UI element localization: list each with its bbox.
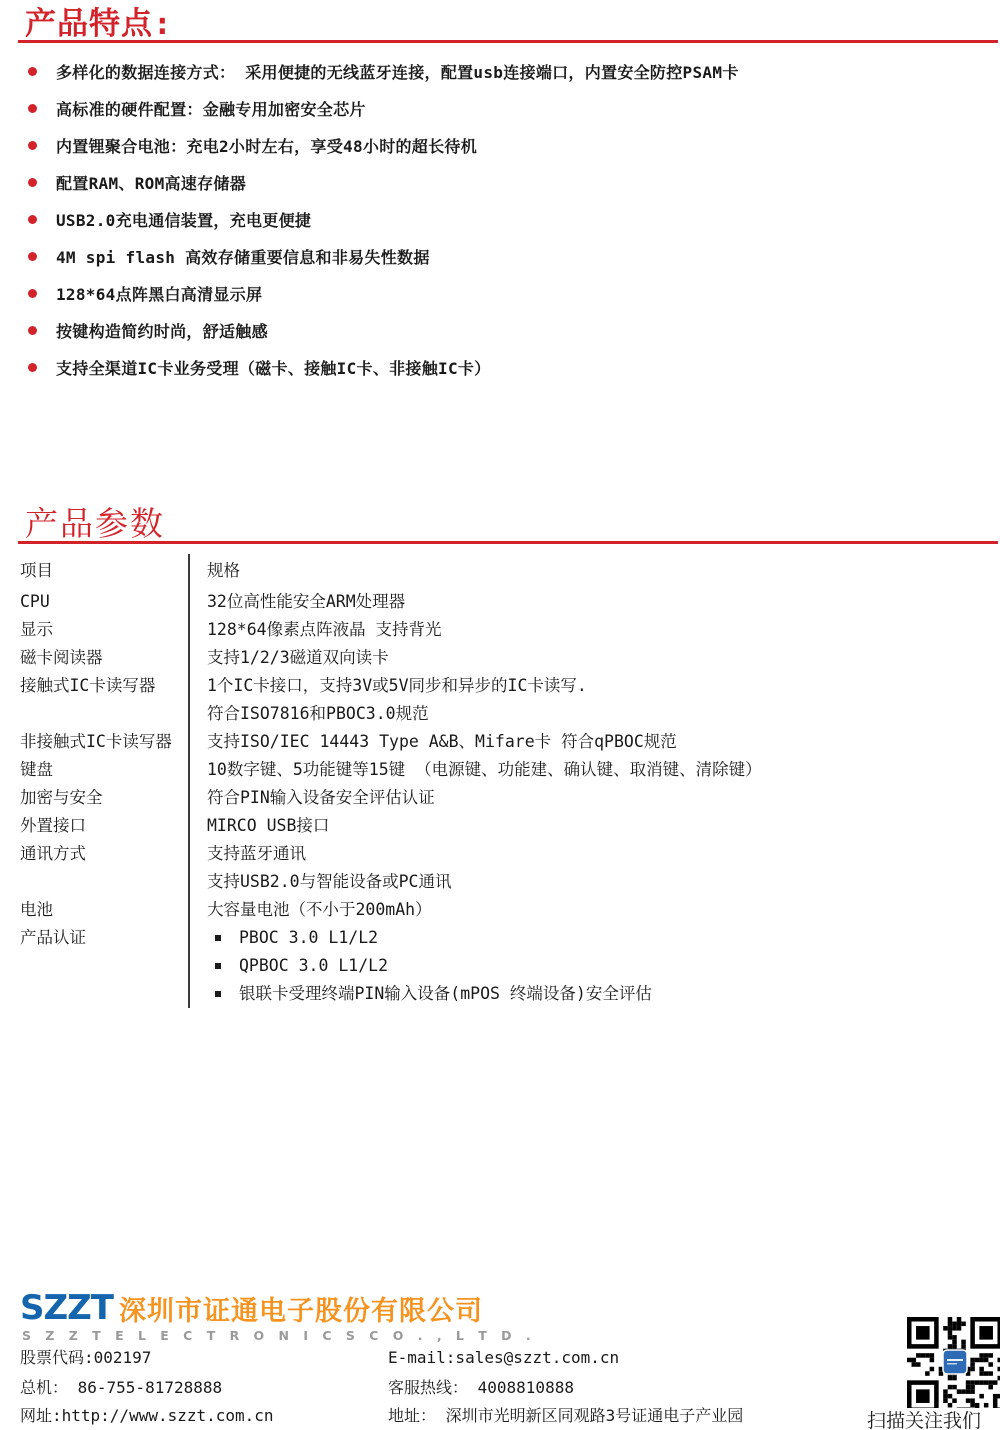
param-spec-text: 符合PIN输入设备安全评估认证 xyxy=(207,788,435,807)
bullet-icon xyxy=(28,67,37,76)
feature-text: 128*64点阵黑白高清显示屏 xyxy=(56,282,262,305)
feature-text: 高标准的硬件配置：金融专用加密安全芯片 xyxy=(56,97,366,120)
param-spec-line: 支持1/2/3磁道双向读卡 xyxy=(207,644,1000,672)
param-label: 接触式IC卡读写器 xyxy=(0,672,190,728)
company-logo: SZZT 深圳市证通电子股份有限公司 xyxy=(20,1292,483,1324)
feature-text: 多样化的数据连接方式： 采用便捷的无线蓝牙连接，配置usb连接端口，内置安全防控… xyxy=(56,60,739,83)
bullet-icon xyxy=(28,215,37,224)
param-spec-text: MIRCO USB接口 xyxy=(207,816,329,835)
param-spec-text: 32位高性能安全ARM处理器 xyxy=(207,592,405,611)
table-row: 外置接口MIRCO USB接口 xyxy=(0,812,1000,840)
param-spec-text: 128*64像素点阵液晶 支持背光 xyxy=(207,620,442,639)
param-spec-text: 符合ISO7816和PBOC3.0规范 xyxy=(207,704,429,723)
param-label: 非接触式IC卡读写器 xyxy=(0,728,190,756)
feature-item: USB2.0充电通信装置，充电更便捷 xyxy=(28,201,978,238)
param-spec-text: 银联卡受理终端PIN输入设备(mPOS 终端设备)安全评估 xyxy=(239,984,652,1003)
param-spec-line: 支持USB2.0与智能设备或PC通讯 xyxy=(207,868,1000,896)
feature-item: 内置锂聚合电池：充电2小时左右，享受48小时的超长待机 xyxy=(28,127,978,164)
website-url[interactable]: 网址:http://www.szzt.com.cn xyxy=(20,1404,274,1428)
param-label: 显示 xyxy=(0,616,190,644)
company-address: 地址： 深圳市光明新区同观路3号证通电子产业园 xyxy=(388,1404,743,1428)
param-label: 键盘 xyxy=(0,756,190,784)
email-address[interactable]: E-mail:sales@szzt.com.cn xyxy=(388,1346,619,1370)
feature-text: 支持全渠道IC卡业务受理（磁卡、接触IC卡、非接触IC卡） xyxy=(56,356,491,379)
param-label: 加密与安全 xyxy=(0,784,190,812)
table-row: 电池大容量电池（不小于200mAh） xyxy=(0,896,1000,924)
stock-code: 股票代码:002197 xyxy=(20,1346,151,1370)
table-row: 磁卡阅读器支持1/2/3磁道双向读卡 xyxy=(0,644,1000,672)
feature-text: 内置锂聚合电池：充电2小时左右，享受48小时的超长待机 xyxy=(56,134,477,157)
param-spec-line: 32位高性能安全ARM处理器 xyxy=(207,588,1000,616)
feature-item: 按键构造简约时尚，舒适触感 xyxy=(28,312,978,349)
param-label: 产品认证 xyxy=(0,924,190,1008)
parameters-divider xyxy=(18,541,998,544)
header-item-cell: 项目 xyxy=(0,554,190,588)
feature-text: USB2.0充电通信装置，充电更便捷 xyxy=(56,208,311,231)
param-spec-line: PBOC 3.0 L1/L2 xyxy=(207,924,1000,952)
table-row: 非接触式IC卡读写器支持ISO/IEC 14443 Type A&B、Mifar… xyxy=(0,728,1000,756)
features-title: 产品特点: xyxy=(25,0,173,43)
table-header-row: 项目 规格 xyxy=(0,554,1000,588)
square-bullet-icon xyxy=(215,963,221,969)
feature-item: 高标准的硬件配置：金融专用加密安全芯片 xyxy=(28,90,978,127)
feature-text: 4M spi flash 高效存储重要信息和非易失性数据 xyxy=(56,245,430,268)
param-spec-line: QPBOC 3.0 L1/L2 xyxy=(207,952,1000,980)
param-spec-text: QPBOC 3.0 L1/L2 xyxy=(239,956,388,975)
table-row: 键盘10数字键、5功能键等15键 （电源键、功能建、确认键、取消键、清除键） xyxy=(0,756,1000,784)
parameters-table: 项目 规格 CPU32位高性能安全ARM处理器显示128*64像素点阵液晶 支持… xyxy=(0,554,1000,1008)
square-bullet-icon xyxy=(215,935,221,941)
feature-item: 配置RAM、ROM高速存储器 xyxy=(28,164,978,201)
param-spec-line: 128*64像素点阵液晶 支持背光 xyxy=(207,616,1000,644)
hotline-number: 客服热线： 4008810888 xyxy=(388,1376,574,1400)
bullet-icon xyxy=(28,252,37,261)
param-label: 通讯方式 xyxy=(0,840,190,896)
table-row: 通讯方式支持蓝牙通讯支持USB2.0与智能设备或PC通讯 xyxy=(0,840,1000,896)
bullet-icon xyxy=(28,289,37,298)
qr-code xyxy=(907,1317,1000,1408)
table-row: 加密与安全符合PIN输入设备安全评估认证 xyxy=(0,784,1000,812)
bullet-icon xyxy=(28,178,37,187)
param-label: CPU xyxy=(0,588,190,616)
company-name-cn: 深圳市证通电子股份有限公司 xyxy=(119,1289,483,1328)
table-row: 产品认证PBOC 3.0 L1/L2QPBOC 3.0 L1/L2银联卡受理终端… xyxy=(0,924,1000,1008)
param-spec-text: 支持USB2.0与智能设备或PC通讯 xyxy=(207,872,451,891)
table-row: 接触式IC卡读写器1个IC卡接口，支持3V或5V同步和异步的IC卡读写.符合IS… xyxy=(0,672,1000,728)
param-spec-text: 支持1/2/3磁道双向读卡 xyxy=(207,648,389,667)
param-spec-line: 支持ISO/IEC 14443 Type A&B、Mifare卡 符合qPBOC… xyxy=(207,728,1000,756)
feature-text: 配置RAM、ROM高速存储器 xyxy=(56,171,246,194)
bullet-icon xyxy=(28,104,37,113)
bullet-icon xyxy=(28,141,37,150)
bullet-icon xyxy=(28,326,37,335)
feature-item: 128*64点阵黑白高清显示屏 xyxy=(28,275,978,312)
param-spec-line: 符合ISO7816和PBOC3.0规范 xyxy=(207,700,1000,728)
square-bullet-icon xyxy=(215,991,221,997)
feature-item: 支持全渠道IC卡业务受理（磁卡、接触IC卡、非接触IC卡） xyxy=(28,349,978,386)
param-label: 外置接口 xyxy=(0,812,190,840)
param-spec-line: 银联卡受理终端PIN输入设备(mPOS 终端设备)安全评估 xyxy=(207,980,1000,1008)
logo-szzt-text: SZZT xyxy=(20,1288,113,1328)
param-spec-text: PBOC 3.0 L1/L2 xyxy=(239,928,378,947)
feature-list: 多样化的数据连接方式： 采用便捷的无线蓝牙连接，配置usb连接端口，内置安全防控… xyxy=(28,53,978,386)
feature-text: 按键构造简约时尚，舒适触感 xyxy=(56,319,268,342)
header-spec-cell: 规格 xyxy=(207,554,1000,588)
param-spec-line: 支持蓝牙通讯 xyxy=(207,840,1000,868)
bullet-icon xyxy=(28,363,37,372)
param-spec-line: 大容量电池（不小于200mAh） xyxy=(207,896,1000,924)
phone-number: 总机： 86-755-81728888 xyxy=(20,1376,222,1400)
param-spec-line: MIRCO USB接口 xyxy=(207,812,1000,840)
feature-item: 多样化的数据连接方式： 采用便捷的无线蓝牙连接，配置usb连接端口，内置安全防控… xyxy=(28,53,978,90)
param-spec-text: 支持ISO/IEC 14443 Type A&B、Mifare卡 符合qPBOC… xyxy=(207,732,677,751)
feature-item: 4M spi flash 高效存储重要信息和非易失性数据 xyxy=(28,238,978,275)
param-spec-text: 大容量电池（不小于200mAh） xyxy=(207,900,432,919)
features-divider xyxy=(18,40,998,43)
param-spec-text: 1个IC卡接口，支持3V或5V同步和异步的IC卡读写. xyxy=(207,676,587,695)
param-label: 磁卡阅读器 xyxy=(0,644,190,672)
param-spec-line: 1个IC卡接口，支持3V或5V同步和异步的IC卡读写. xyxy=(207,672,1000,700)
qr-caption: 扫描关注我们 xyxy=(867,1406,981,1430)
param-spec-text: 10数字键、5功能键等15键 （电源键、功能建、确认键、取消键、清除键） xyxy=(207,760,762,779)
param-spec-line: 符合PIN输入设备安全评估认证 xyxy=(207,784,1000,812)
company-name-en: S Z Z T E L E C T R O N I C S C O . , L … xyxy=(22,1328,536,1343)
param-spec-text: 支持蓝牙通讯 xyxy=(207,844,306,863)
parameters-title: 产品参数 xyxy=(25,498,165,545)
param-label: 电池 xyxy=(0,896,190,924)
table-row: CPU32位高性能安全ARM处理器 xyxy=(0,588,1000,616)
table-row: 显示128*64像素点阵液晶 支持背光 xyxy=(0,616,1000,644)
param-spec-line: 10数字键、5功能键等15键 （电源键、功能建、确认键、取消键、清除键） xyxy=(207,756,1000,784)
